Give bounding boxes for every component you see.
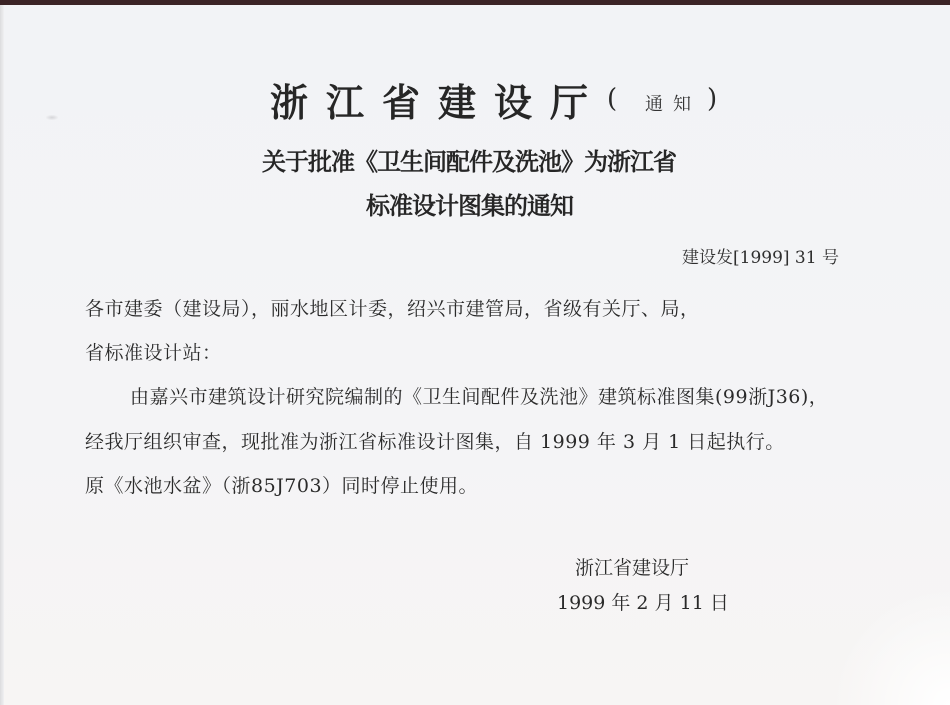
scan-speck — [46, 115, 58, 120]
notice-title-line-1: 关于批准《卫生间配件及洗池》为浙江省 — [262, 142, 676, 177]
body-paragraph-line-3: 原《水池水盆》（浙85J703）同时停止使用。 — [85, 471, 478, 498]
doc-type-paren-close: ) — [707, 84, 717, 114]
scan-left-edge — [0, 5, 4, 705]
doc-type-paren-open: ( — [607, 84, 617, 114]
body-paragraph-line-1: 由嘉兴市建筑设计研究院编制的《卫生间配件及洗池》建筑标准图集(99浙J36)， — [130, 382, 828, 409]
body-paragraph-line-2: 经我厅组织审查，现批准为浙江省标准设计图集，自 1999 年 3 月 1 日起执… — [85, 427, 785, 454]
doc-type-label: 通知 — [645, 90, 701, 116]
addressees-line-2: 省标准设计站： — [85, 338, 222, 365]
signature-date: 1999 年 2 月 11 日 — [557, 588, 729, 615]
signature-organization: 浙江省建设厅 — [575, 553, 689, 580]
notice-title-line-2: 标准设计图集的通知 — [366, 186, 573, 221]
addressees-line-1: 各市建委（建设局），丽水地区计委，绍兴市建管局，省级有关厅、局， — [85, 294, 700, 321]
document-number: 建设发[1999] 31 号 — [682, 243, 839, 268]
scan-lighting-glow — [830, 585, 950, 705]
issuer-heading: 浙江省建设厅 — [270, 72, 606, 127]
